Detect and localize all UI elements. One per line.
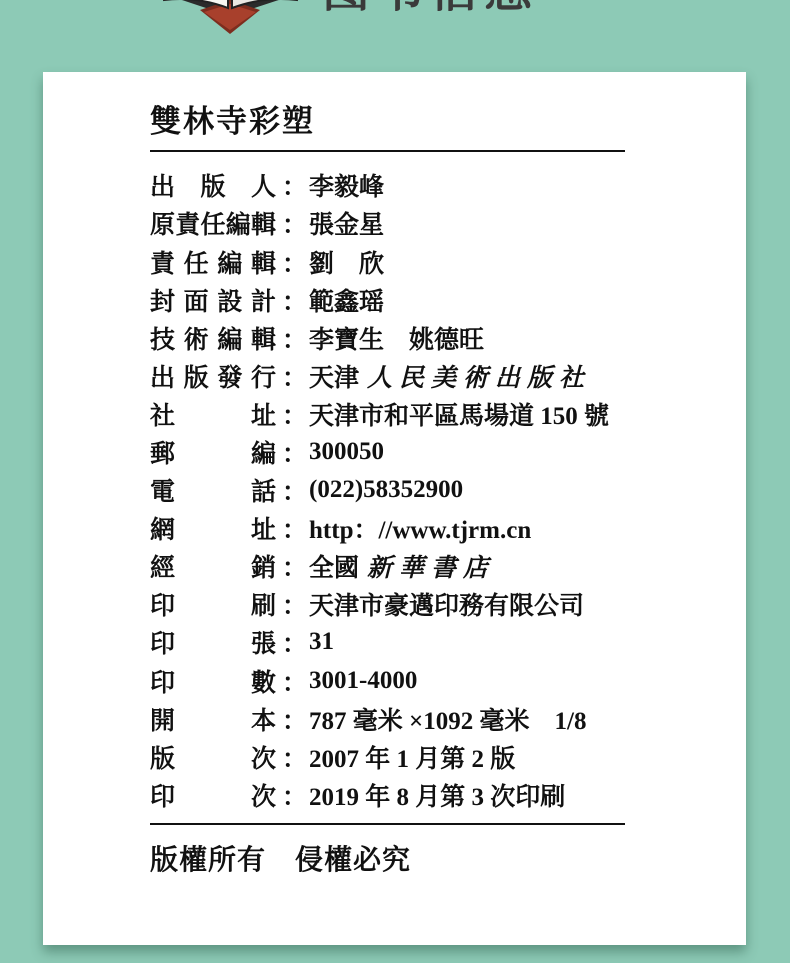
row-colon: ： xyxy=(282,320,307,356)
row-value: 範鑫瑶 xyxy=(309,282,384,318)
row-label: 技術編輯 xyxy=(150,320,276,356)
row-value: 2019 年 8 月第 3 次印刷 xyxy=(309,777,565,813)
row-colon: ： xyxy=(282,663,307,699)
info-row-distributor: 經銷： 全國新華書店 xyxy=(150,547,625,585)
page-title: 图书信息 xyxy=(322,0,538,16)
row-value-text: (022)58352900 xyxy=(309,476,463,503)
info-row-edition: 版次： 2007 年 1 月第 2 版 xyxy=(150,738,625,776)
row-label: 印張 xyxy=(150,624,276,660)
info-row-technical-editor: 技術編輯： 李寶生 姚德旺 xyxy=(150,319,625,357)
info-row-cover-design: 封面設計： 範鑫瑶 xyxy=(150,281,625,319)
row-label: 出版人 xyxy=(150,167,276,203)
row-label: 封面設計 xyxy=(150,282,276,318)
row-value: 787 毫米 ×1092 毫米 1/8 xyxy=(309,701,586,737)
row-value: 李寶生 姚德旺 xyxy=(309,320,484,356)
row-colon: ： xyxy=(282,244,307,280)
row-value-text: 3001-4000 xyxy=(309,667,417,694)
row-label: 印刷 xyxy=(150,586,276,622)
row-colon: ： xyxy=(282,434,307,470)
info-row-postcode: 郵編： 300050 xyxy=(150,433,625,471)
info-row-address: 社址： 天津市和平區馬場道 150 號 xyxy=(150,395,625,433)
info-row-printer: 印刷： 天津市豪邁印務有限公司 xyxy=(150,585,625,623)
row-value: 天津人民美術出版社 xyxy=(309,358,591,394)
row-label: 出版發行 xyxy=(150,358,276,394)
info-row-editor: 責任編輯： 劉 欣 xyxy=(150,242,625,280)
row-label: 責任編輯 xyxy=(150,244,276,280)
copyright-notice: 版權所有 侵權必究 xyxy=(150,838,646,878)
row-colon: ： xyxy=(282,701,307,737)
row-label: 網址 xyxy=(150,510,276,546)
row-value-text: 張金星 xyxy=(309,212,384,239)
row-colon: ： xyxy=(282,396,307,432)
row-value-text: 天津市和平區馬場道 150 號 xyxy=(309,403,609,430)
row-label: 印數 xyxy=(150,663,276,699)
info-row-impression: 印次： 2019 年 8 月第 3 次印刷 xyxy=(150,776,625,814)
row-value: 全國新華書店 xyxy=(309,548,495,584)
row-value-text: 300050 xyxy=(309,438,384,465)
row-value-text: 李寶生 姚德旺 xyxy=(309,327,484,354)
info-row-publisher-person: 出版人： 李毅峰 xyxy=(150,166,625,204)
row-colon: ： xyxy=(282,510,307,546)
row-colon: ： xyxy=(282,358,307,394)
row-value: 天津市豪邁印務有限公司 xyxy=(309,586,584,622)
book-info-card: 雙林寺彩塑 出版人： 李毅峰 原責任編輯： 張金星 責任編輯： 劉 欣 封面設計… xyxy=(43,72,746,945)
row-value: 3001-4000 xyxy=(309,667,417,695)
row-value-text: 2019 年 8 月第 3 次印刷 xyxy=(309,784,565,811)
row-colon: ： xyxy=(282,167,307,203)
row-label: 電話 xyxy=(150,472,276,508)
row-colon: ： xyxy=(282,586,307,622)
info-row-website: 網址： http：//www.tjrm.cn xyxy=(150,509,625,547)
book-info-rows: 出版人： 李毅峰 原責任編輯： 張金星 責任編輯： 劉 欣 封面設計： 範鑫瑶 … xyxy=(150,166,625,814)
row-colon: ： xyxy=(282,739,307,775)
row-colon: ： xyxy=(282,624,307,660)
row-value-text: 劉 欣 xyxy=(309,251,384,278)
open-book-icon xyxy=(148,0,313,49)
row-value-text: 天津 xyxy=(309,365,359,392)
divider-rule xyxy=(150,823,625,825)
row-colon: ： xyxy=(282,282,307,318)
row-label: 原責任編輯 xyxy=(150,205,276,241)
info-row-original-editor: 原責任編輯： 張金星 xyxy=(150,204,625,242)
row-value-script: 新華書店 xyxy=(367,555,495,582)
row-value: 天津市和平區馬場道 150 號 xyxy=(309,396,609,432)
row-value: 2007 年 1 月第 2 版 xyxy=(309,739,515,775)
row-value: http：//www.tjrm.cn xyxy=(309,510,531,546)
row-colon: ： xyxy=(282,548,307,584)
info-row-publisher: 出版發行： 天津人民美術出版社 xyxy=(150,357,625,395)
row-label: 版次 xyxy=(150,739,276,775)
info-row-sheets: 印張： 31 xyxy=(150,623,625,661)
row-value: 31 xyxy=(309,628,334,656)
row-value-text: 全國 xyxy=(309,555,359,582)
row-value: 張金星 xyxy=(309,205,384,241)
row-value: 300050 xyxy=(309,438,384,466)
row-label: 印次 xyxy=(150,777,276,813)
row-colon: ： xyxy=(282,472,307,508)
info-row-print-run: 印數： 3001-4000 xyxy=(150,662,625,700)
row-value-text: 31 xyxy=(309,628,334,655)
row-label: 經銷 xyxy=(150,548,276,584)
book-title: 雙林寺彩塑 xyxy=(150,102,625,152)
row-value-text: 範鑫瑶 xyxy=(309,289,384,316)
row-value: 李毅峰 xyxy=(309,167,384,203)
info-row-phone: 電話： (022)58352900 xyxy=(150,471,625,509)
row-value-text: 2007 年 1 月第 2 版 xyxy=(309,746,515,773)
row-colon: ： xyxy=(282,777,307,813)
row-label: 開本 xyxy=(150,701,276,737)
row-value-text: 787 毫米 ×1092 毫米 1/8 xyxy=(309,708,586,735)
row-value-text: 天津市豪邁印務有限公司 xyxy=(309,593,584,620)
row-value-text: http：//www.tjrm.cn xyxy=(309,517,531,544)
row-label: 郵編 xyxy=(150,434,276,470)
row-value-text: 李毅峰 xyxy=(309,174,384,201)
page-header: 图书信息 xyxy=(0,0,790,72)
row-label: 社址 xyxy=(150,396,276,432)
row-value-script: 人民美術出版社 xyxy=(367,365,591,392)
row-value: (022)58352900 xyxy=(309,476,463,504)
row-colon: ： xyxy=(282,205,307,241)
info-row-format: 開本： 787 毫米 ×1092 毫米 1/8 xyxy=(150,700,625,738)
row-value: 劉 欣 xyxy=(309,244,384,280)
